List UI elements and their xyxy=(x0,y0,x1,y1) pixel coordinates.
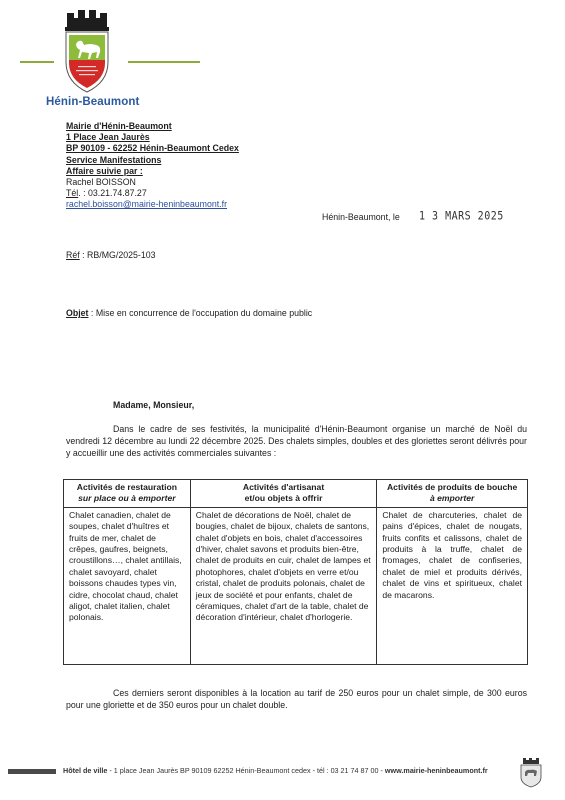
table-row: Chalet canadien, chalet de soupes, chale… xyxy=(64,507,528,664)
footer-label: Hôtel de ville xyxy=(63,766,107,775)
contact-phone: Tél. : 03.21.74.87.27 xyxy=(66,188,239,199)
footer-bar xyxy=(8,769,56,774)
footer-crest-icon xyxy=(519,758,543,788)
intro-paragraph: Dans le cadre de ses festivités, la muni… xyxy=(66,423,527,460)
cell-restauration: Chalet canadien, chalet de soupes, chale… xyxy=(64,507,191,664)
cell-artisanat: Chalet de décorations de Noël, chalet de… xyxy=(190,507,377,664)
sender-organization: Mairie d'Hénin-Beaumont xyxy=(66,121,239,132)
pricing-paragraph: Ces derniers seront disponibles à la loc… xyxy=(66,687,527,711)
date-stamp: 1 3 MARS 2025 xyxy=(419,210,504,223)
sender-address: 1 Place Jean Jaurès xyxy=(66,132,239,143)
sender-postal: BP 90109 - 62252 Hénin-Beaumont Cedex xyxy=(66,143,239,154)
tel-label: Tél xyxy=(66,188,78,198)
column-header-artisanat: Activités d'artisanat et/ou objets à off… xyxy=(190,480,377,508)
header-line-right xyxy=(128,61,200,63)
city-name: Hénin-Beaumont xyxy=(46,96,139,108)
date-place: Hénin-Beaumont, le xyxy=(322,212,400,222)
salutation: Madame, Monsieur, xyxy=(113,400,194,410)
reference: Réf : RB/MG/2025-103 xyxy=(66,250,156,260)
sender-service: Service Manifestations xyxy=(66,155,239,166)
cell-bouche: Chalet de charcuteries, chalet de pains … xyxy=(377,507,528,664)
subject: Objet : Mise en concurrence de l'occupat… xyxy=(66,308,312,318)
footer-address: - 1 place Jean Jaurès BP 90109 62252 Hén… xyxy=(107,766,385,775)
followed-by-label: Affaire suivie par : xyxy=(66,166,239,177)
sender-block: Mairie d'Hénin-Beaumont 1 Place Jean Jau… xyxy=(66,121,239,211)
reference-value: : RB/MG/2025-103 xyxy=(80,250,156,260)
tel-value: . : 03.21.74.87.27 xyxy=(78,188,146,198)
reference-label: Réf xyxy=(66,250,80,260)
footer-website-link[interactable]: www.mairie-heninbeaumont.fr xyxy=(385,766,488,775)
city-crest-logo xyxy=(62,10,112,95)
footer: Hôtel de ville - 1 place Jean Jaurès BP … xyxy=(63,766,488,775)
contact-name: Rachel BOISSON xyxy=(66,177,239,188)
contact-email-link[interactable]: rachel.boisson@mairie-heninbeaumont.fr xyxy=(66,199,227,209)
table-header-row: Activités de restauration sur place ou à… xyxy=(64,480,528,508)
activities-table: Activités de restauration sur place ou à… xyxy=(63,479,528,665)
column-header-restauration: Activités de restauration sur place ou à… xyxy=(64,480,191,508)
subject-value: : Mise en concurrence de l'occupation du… xyxy=(88,308,312,318)
subject-label: Objet xyxy=(66,308,88,318)
column-header-bouche: Activités de produits de bouche à emport… xyxy=(377,480,528,508)
header-line-left xyxy=(20,61,54,63)
